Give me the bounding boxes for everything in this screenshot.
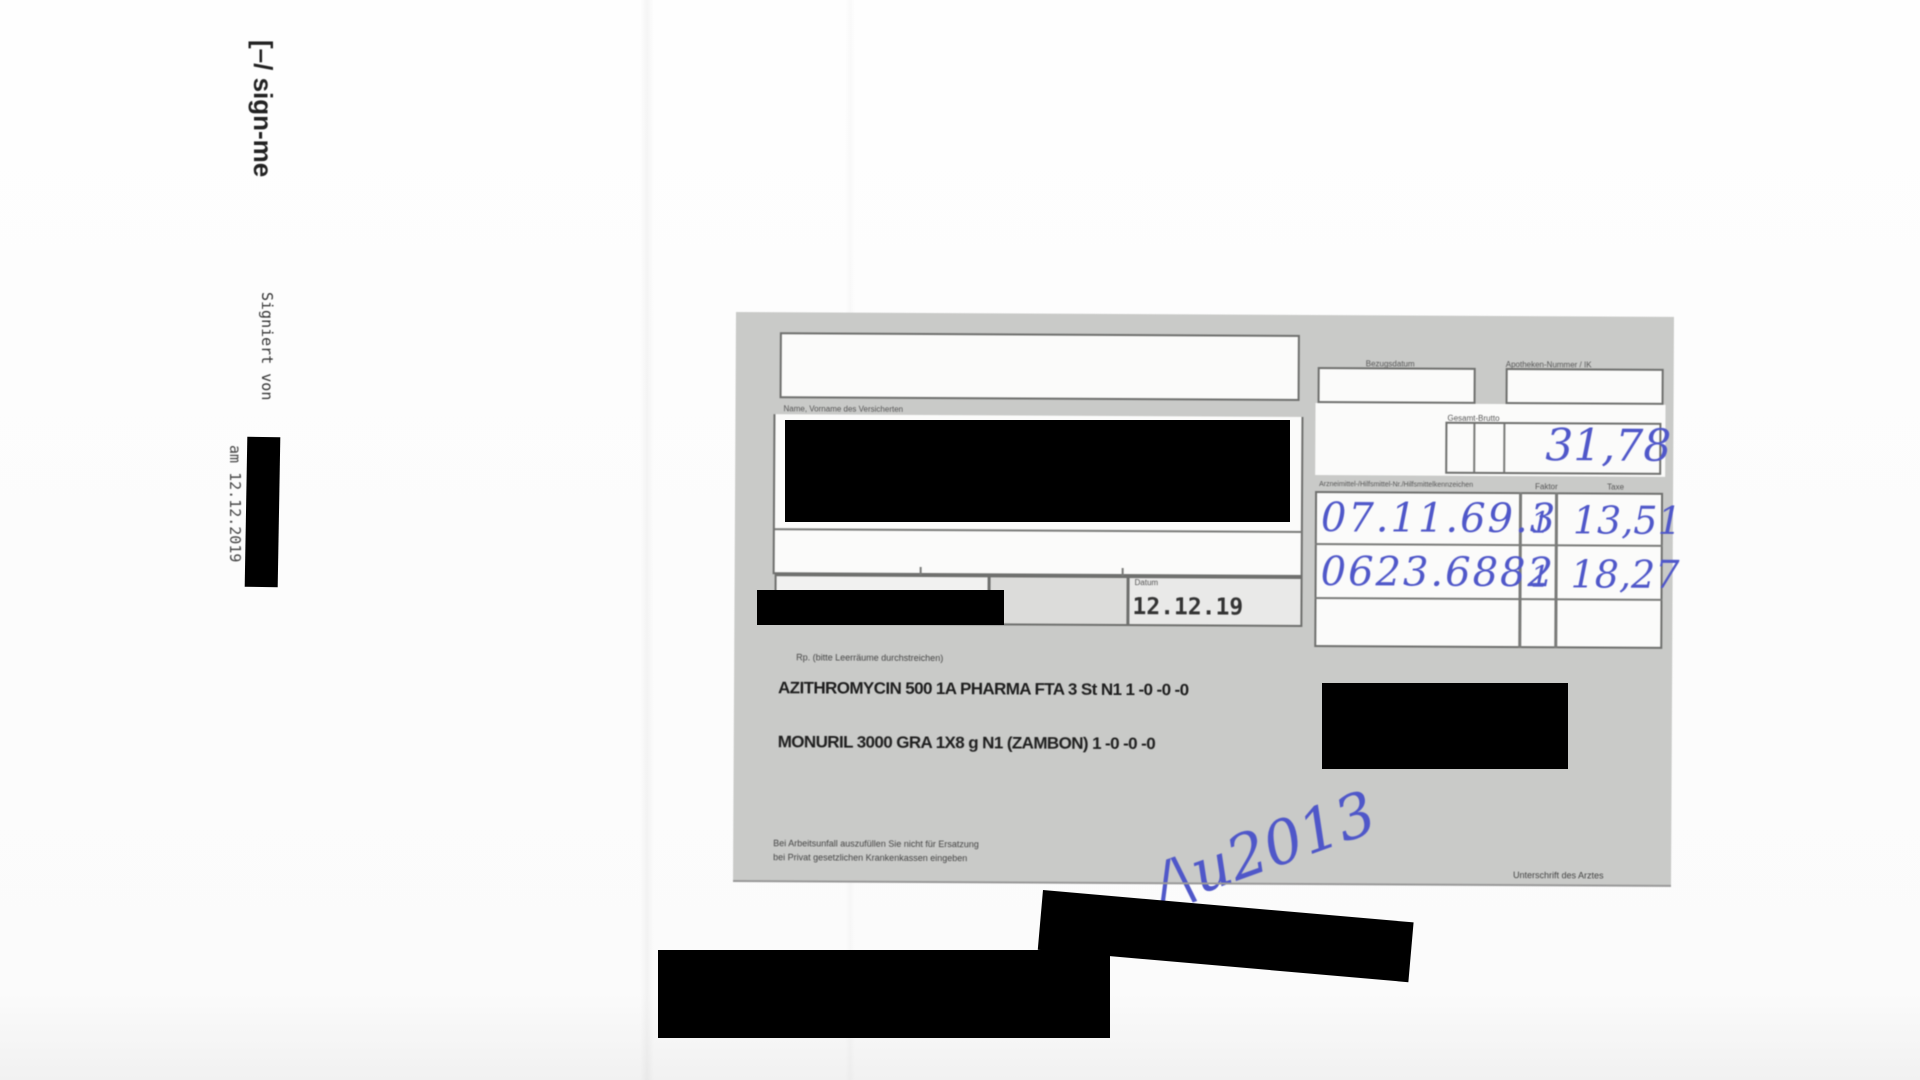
redaction-address-bottom: [658, 950, 1110, 1038]
date-label: Datum: [1135, 578, 1159, 587]
redaction-doctor-stamp: [1322, 683, 1568, 769]
table-header-price: Taxe: [1607, 483, 1624, 492]
item-row-2-price: 18,27: [1571, 552, 1680, 597]
item-row-1-factor: 1: [1531, 506, 1550, 541]
doctor-signature: /\u2013: [1143, 778, 1385, 922]
redaction-signer-name: [245, 437, 281, 588]
item-row-2-number: 0623.6882: [1321, 549, 1556, 596]
scanned-page: [–/ sign-me Signiert von am 12.12.2019 N…: [0, 0, 1920, 1080]
table-header-factor: Faktor: [1535, 482, 1558, 491]
sign-me-text: sign-me: [248, 78, 278, 178]
redaction-insurance-number: [757, 590, 1004, 625]
footer-note-line-2: bei Privat gesetzlichen Krankenkassen ei…: [773, 852, 967, 863]
patient-box: [780, 332, 1300, 401]
apotheken-field: [1506, 368, 1664, 405]
medication-1: AZITHROMYCIN 500 1A PHARMA FTA 3 St N1 1…: [778, 678, 1189, 700]
bezugsdatum-field: [1318, 367, 1476, 404]
signed-by-label: Signiert von: [258, 292, 276, 400]
table-header-number: Arzneimittel-/Hilfsmittel-Nr./Hilfsmitte…: [1319, 481, 1473, 489]
status-field: [988, 575, 1128, 626]
signed-date: am 12.12.2019: [226, 445, 244, 562]
gesamt-value: 31,78: [1545, 420, 1671, 472]
paper-fold: [640, 0, 654, 1080]
footer-right-label: Unterschrift des Arztes: [1513, 870, 1604, 880]
sign-me-mark-icon: [–/: [248, 40, 278, 70]
date-value: 12.12.19: [1132, 594, 1243, 621]
item-row-1-number: 07.11.69.3: [1321, 495, 1558, 542]
medication-2: MONURIL 3000 GRA 1X8 g N1 (ZAMBON) 1 -0 …: [778, 732, 1155, 754]
rp-label: Rp. (bitte Leerräume durchstreichen): [796, 652, 943, 663]
item-row-2-factor: 1: [1531, 560, 1550, 595]
footer-note-line-1: Bei Arbeitsunfall auszufüllen Sie nicht …: [773, 838, 979, 849]
sign-me-logo: [–/ sign-me: [247, 40, 278, 177]
item-row-1-price: 13,51: [1573, 498, 1682, 543]
redaction-patient-name: [785, 420, 1290, 522]
patient-label: Name, Vorname des Versicherten: [783, 404, 903, 414]
